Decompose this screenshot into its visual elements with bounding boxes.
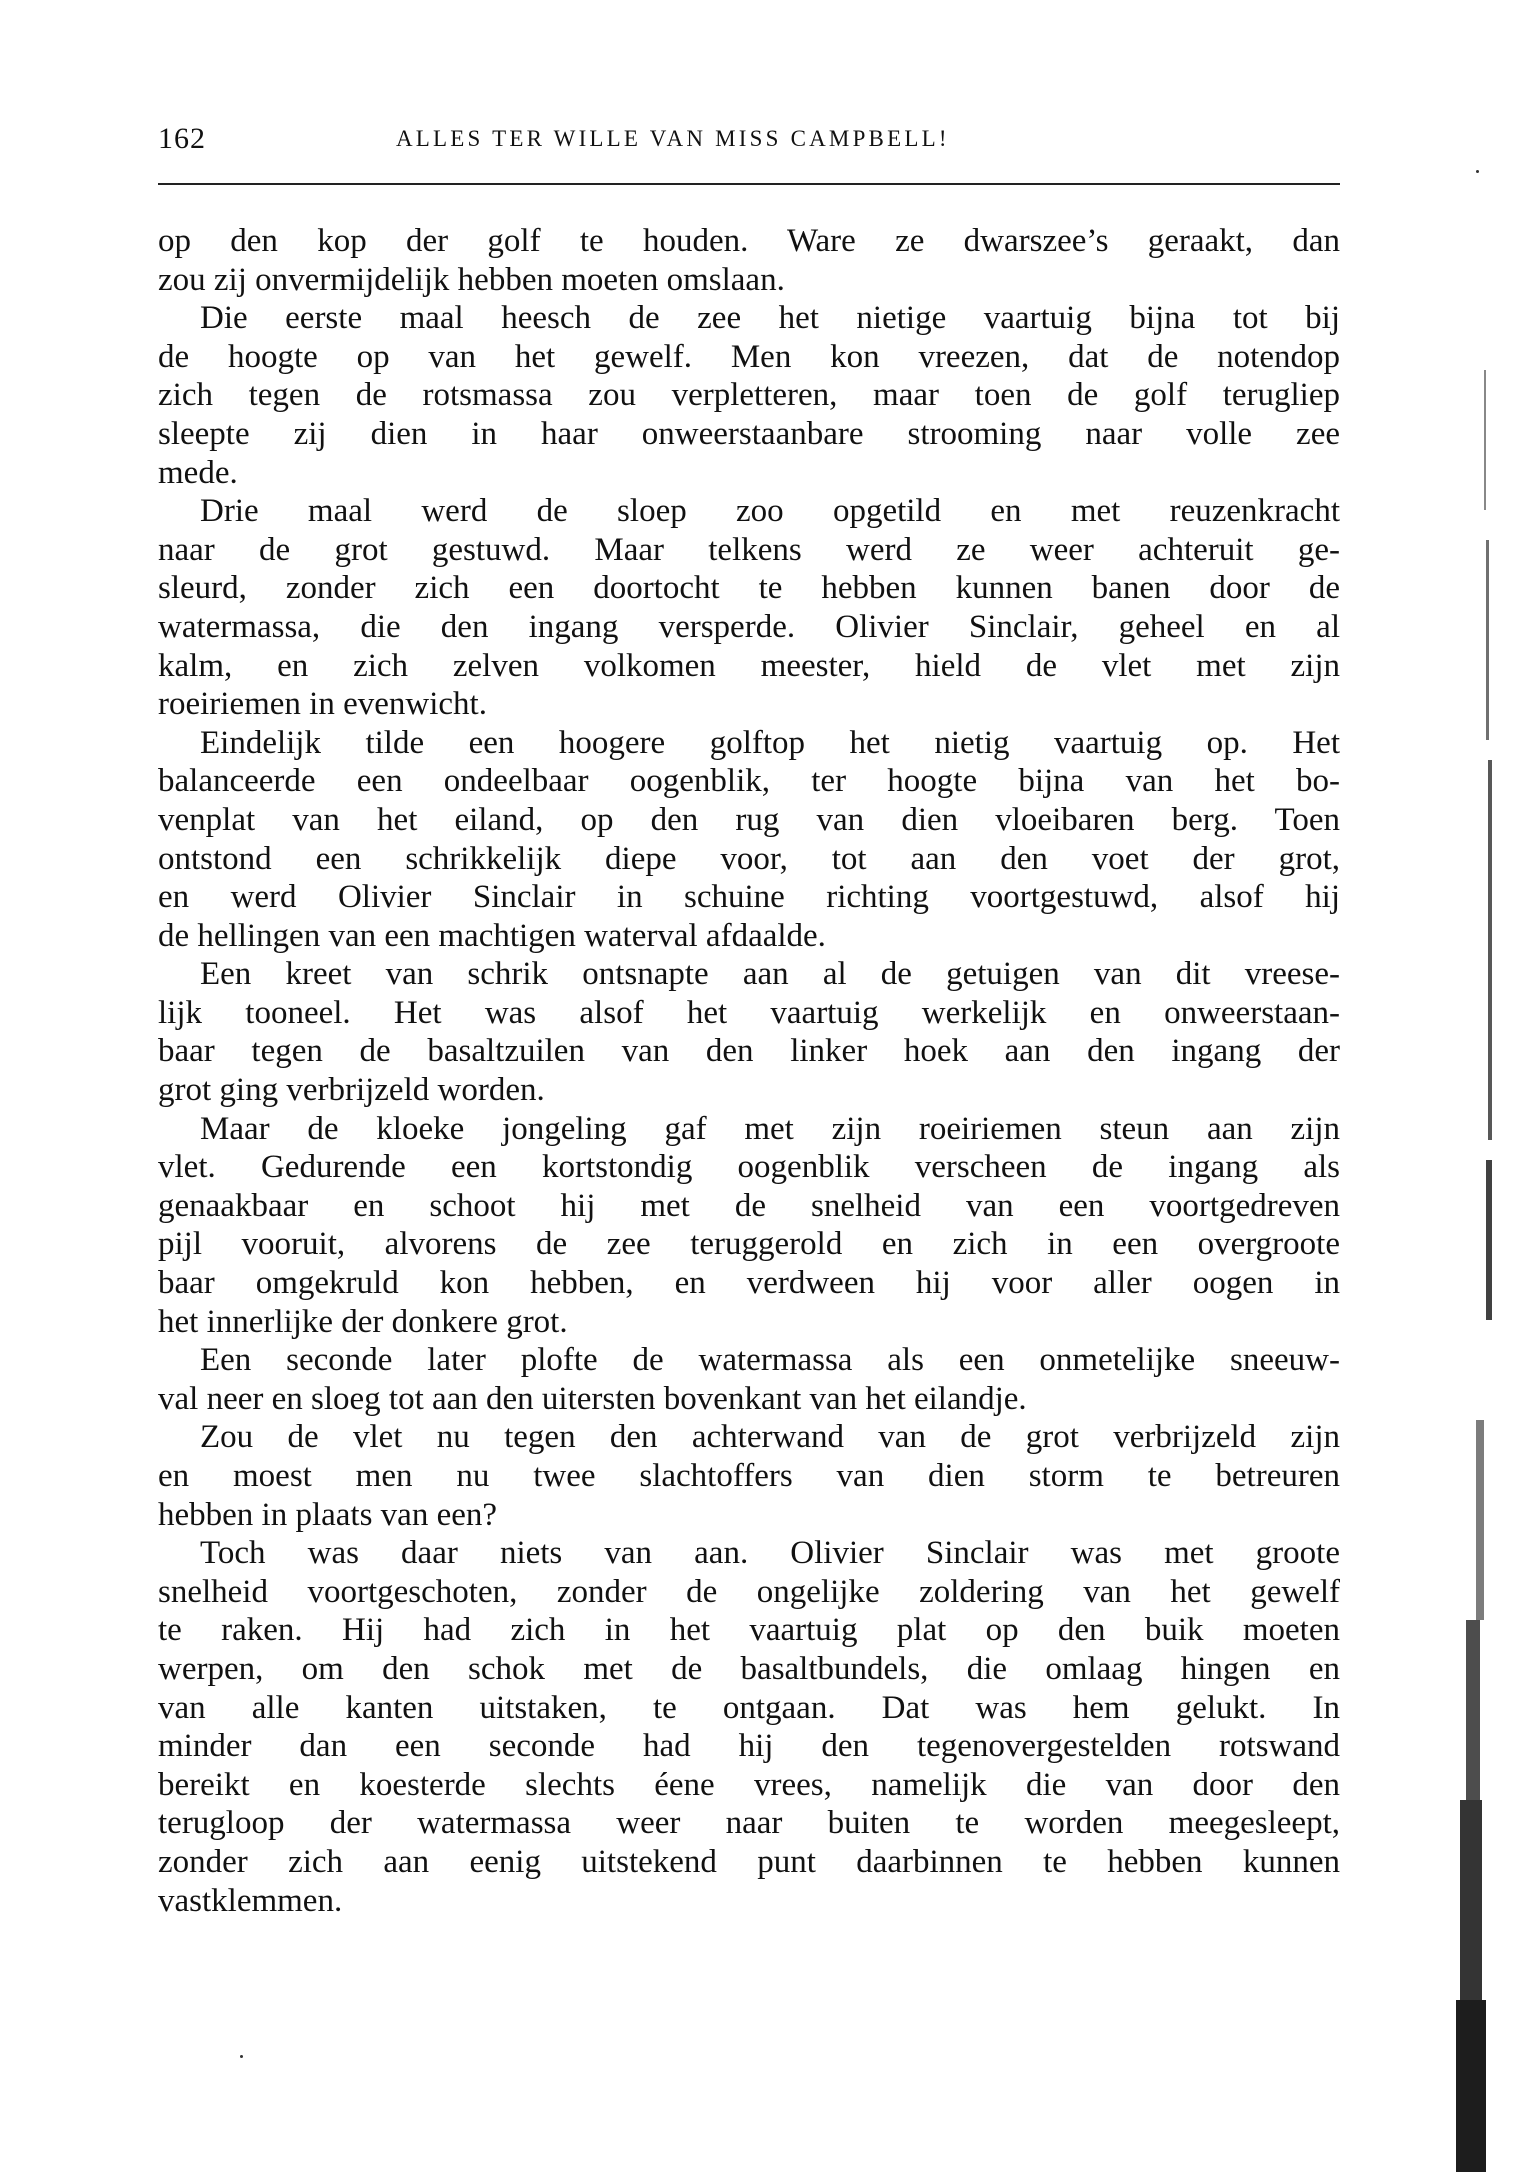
text-line: Een seconde later plofte de watermassa a… (158, 1341, 1340, 1380)
running-title: ALLES TER WILLE VAN MISS CAMPBELL! (396, 126, 950, 152)
text-line: werpen, om den schok met de basaltbundel… (158, 1650, 1340, 1689)
text-line: het innerlijke der donkere grot. (158, 1303, 1340, 1342)
scan-edge-shadow (1446, 120, 1526, 2172)
text-line: pijl vooruit, alvorens de zee teruggerol… (158, 1225, 1340, 1264)
text-line: bereikt en koesterde slechts éene vrees,… (158, 1766, 1340, 1805)
paragraph: Toch was daar niets van aan. Olivier Sin… (158, 1534, 1340, 1920)
text-line: hebben in plaats van een? (158, 1496, 1340, 1535)
text-line: Toch was daar niets van aan. Olivier Sin… (158, 1534, 1340, 1573)
text-line: mede. (158, 454, 1340, 493)
scan-speck (240, 2055, 243, 2058)
paragraph: Zou de vlet nu tegen den achterwand van … (158, 1418, 1340, 1534)
text-line: vlet. Gedurende een kortstondig oogenbli… (158, 1148, 1340, 1187)
text-line: watermassa, die den ingang versperde. Ol… (158, 608, 1340, 647)
text-line: Drie maal werd de sloep zoo opgetild en … (158, 492, 1340, 531)
text-line: Eindelijk tilde een hoogere golftop het … (158, 724, 1340, 763)
text-line: sleepte zij dien in haar onweerstaanbare… (158, 415, 1340, 454)
text-line: te raken. Hij had zich in het vaartuig p… (158, 1611, 1340, 1650)
text-line: en moest men nu twee slachtoffers van di… (158, 1457, 1340, 1496)
scan-speck (1476, 170, 1479, 173)
text-line: minder dan een seconde had hij den tegen… (158, 1727, 1340, 1766)
text-line: baar omgekruld kon hebben, en verdween h… (158, 1264, 1340, 1303)
page-number: 162 (158, 122, 206, 156)
paragraph: Drie maal werd de sloep zoo opgetild en … (158, 492, 1340, 724)
text-line: terugloop der watermassa weer naar buite… (158, 1804, 1340, 1843)
text-line: zich tegen de rotsmassa zou verpletteren… (158, 376, 1340, 415)
text-line: snelheid voortgeschoten, zonder de ongel… (158, 1573, 1340, 1612)
text-line: Een kreet van schrik ontsnapte aan al de… (158, 955, 1340, 994)
paragraph: Een seconde later plofte de watermassa a… (158, 1341, 1340, 1418)
paragraph: Een kreet van schrik ontsnapte aan al de… (158, 955, 1340, 1109)
text-line: lijk tooneel. Het was alsof het vaartuig… (158, 994, 1340, 1033)
paragraph: Eindelijk tilde een hoogere golftop het … (158, 724, 1340, 956)
paragraph: Die eerste maal heesch de zee het nietig… (158, 299, 1340, 492)
header-rule (158, 183, 1340, 185)
text-line: de hellingen van een machtigen waterval … (158, 917, 1340, 956)
text-line: sleurd, zonder zich een doortocht te heb… (158, 569, 1340, 608)
text-line: genaakbaar en schoot hij met de snelheid… (158, 1187, 1340, 1226)
book-page: 162 ALLES TER WILLE VAN MISS CAMPBELL! o… (0, 0, 1526, 2172)
text-line: Zou de vlet nu tegen den achterwand van … (158, 1418, 1340, 1457)
text-line: van alle kanten uitstaken, te ontgaan. D… (158, 1689, 1340, 1728)
text-line: baar tegen de basaltzuilen van den linke… (158, 1032, 1340, 1071)
text-line: vastklemmen. (158, 1882, 1340, 1921)
text-line: naar de grot gestuwd. Maar telkens werd … (158, 531, 1340, 570)
text-line: en werd Olivier Sinclair in schuine rich… (158, 878, 1340, 917)
paragraph: Maar de kloeke jongeling gaf met zijn ro… (158, 1110, 1340, 1342)
text-line: val neer en sloeg tot aan den uitersten … (158, 1380, 1340, 1419)
text-line: zonder zich aan eenig uitstekend punt da… (158, 1843, 1340, 1882)
text-line: de hoogte op van het gewelf. Men kon vre… (158, 338, 1340, 377)
text-line: grot ging verbrijzeld worden. (158, 1071, 1340, 1110)
running-head: 162 ALLES TER WILLE VAN MISS CAMPBELL! (158, 122, 1340, 162)
paragraph: op den kop der golf te houden. Ware ze d… (158, 222, 1340, 299)
text-line: roeiriemen in evenwicht. (158, 685, 1340, 724)
text-line: zou zij onvermijdelijk hebben moeten oms… (158, 261, 1340, 300)
text-line: op den kop der golf te houden. Ware ze d… (158, 222, 1340, 261)
text-line: kalm, en zich zelven volkomen meester, h… (158, 647, 1340, 686)
text-line: ontstond een schrikkelijk diepe voor, to… (158, 840, 1340, 879)
text-line: balanceerde een ondeelbaar oogenblik, te… (158, 762, 1340, 801)
text-line: Die eerste maal heesch de zee het nietig… (158, 299, 1340, 338)
text-line: venplat van het eiland, op den rug van d… (158, 801, 1340, 840)
body-text: op den kop der golf te houden. Ware ze d… (158, 222, 1340, 1920)
text-line: Maar de kloeke jongeling gaf met zijn ro… (158, 1110, 1340, 1149)
